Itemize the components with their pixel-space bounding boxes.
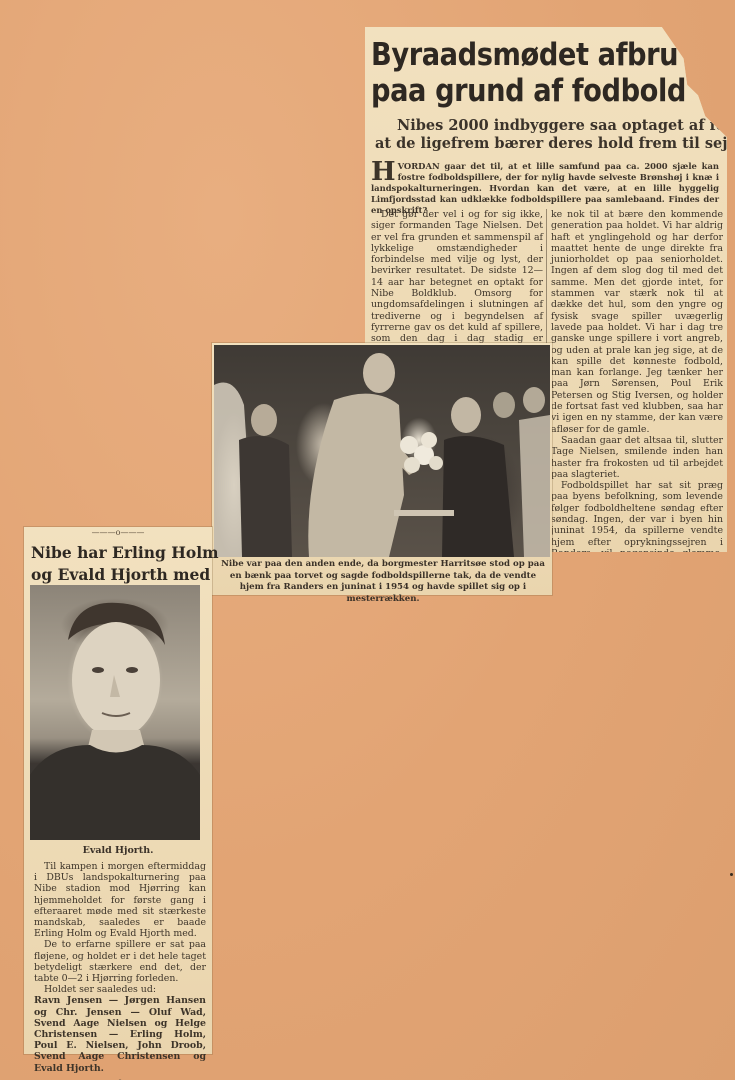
side-paragraph: De to erfarne spillere er sat paa fløjen… xyxy=(34,939,206,984)
ceremony-photo xyxy=(214,345,550,557)
top-ornament: ———o——— xyxy=(24,528,212,538)
lede-dropcap: H xyxy=(371,161,396,183)
main-subhead-line2: at de ligefrem bærer deres hold frem til… xyxy=(375,135,727,153)
side-body: Til kampen i morgen eftermiddag i DBUs l… xyxy=(34,861,206,1080)
right-paragraph: Fodboldspillet har sat sit præg paa byen… xyxy=(551,480,723,616)
main-lede: HVORDAN gaar det til, at et lille samfun… xyxy=(371,161,719,216)
side-paragraph: Til kampen i morgen eftermiddag i DBUs l… xyxy=(34,861,206,939)
portrait-photo xyxy=(30,585,200,840)
photo-caption: Nibe var paa den anden ende, da borgmest… xyxy=(218,559,548,605)
photo-illustration xyxy=(214,345,550,557)
portrait-caption: Evald Hjorth. xyxy=(24,845,212,856)
end-ornament: ———o——— xyxy=(34,1076,206,1080)
side-headline-line1: Nibe har Erling Holm xyxy=(31,542,212,564)
main-headline-line2: paa grund af fodbold xyxy=(371,73,684,109)
lede-text: VORDAN gaar det til, at et lille samfund… xyxy=(371,161,719,215)
right-paragraph: ke nok til at bære den kommende generati… xyxy=(551,209,723,435)
right-paragraph: Saadan gaar det altsaa til, slutter Tage… xyxy=(551,435,723,480)
side-paragraph: Holdet ser saaledes ud: xyxy=(34,984,206,995)
side-headline-line2: og Evald Hjorth med xyxy=(31,564,212,586)
team-lineup: Ravn Jensen — Jørgen Hansen og Chr. Jens… xyxy=(34,995,206,1073)
main-headline-line1: Byraadsmødet afbru xyxy=(371,37,684,73)
photo-clipping: Nibe var paa den anden ende, da borgmest… xyxy=(212,343,552,595)
main-right-column: ke nok til at bære den kommende generati… xyxy=(546,209,723,616)
side-article-clipping: ———o——— Nibe har Erling Holm og Evald Hj… xyxy=(24,527,212,1054)
portrait-illustration xyxy=(30,585,200,840)
pin-hole-mark xyxy=(730,873,733,876)
main-subhead-line1: Nibes 2000 indbyggere saa optaget af fod… xyxy=(397,117,727,135)
